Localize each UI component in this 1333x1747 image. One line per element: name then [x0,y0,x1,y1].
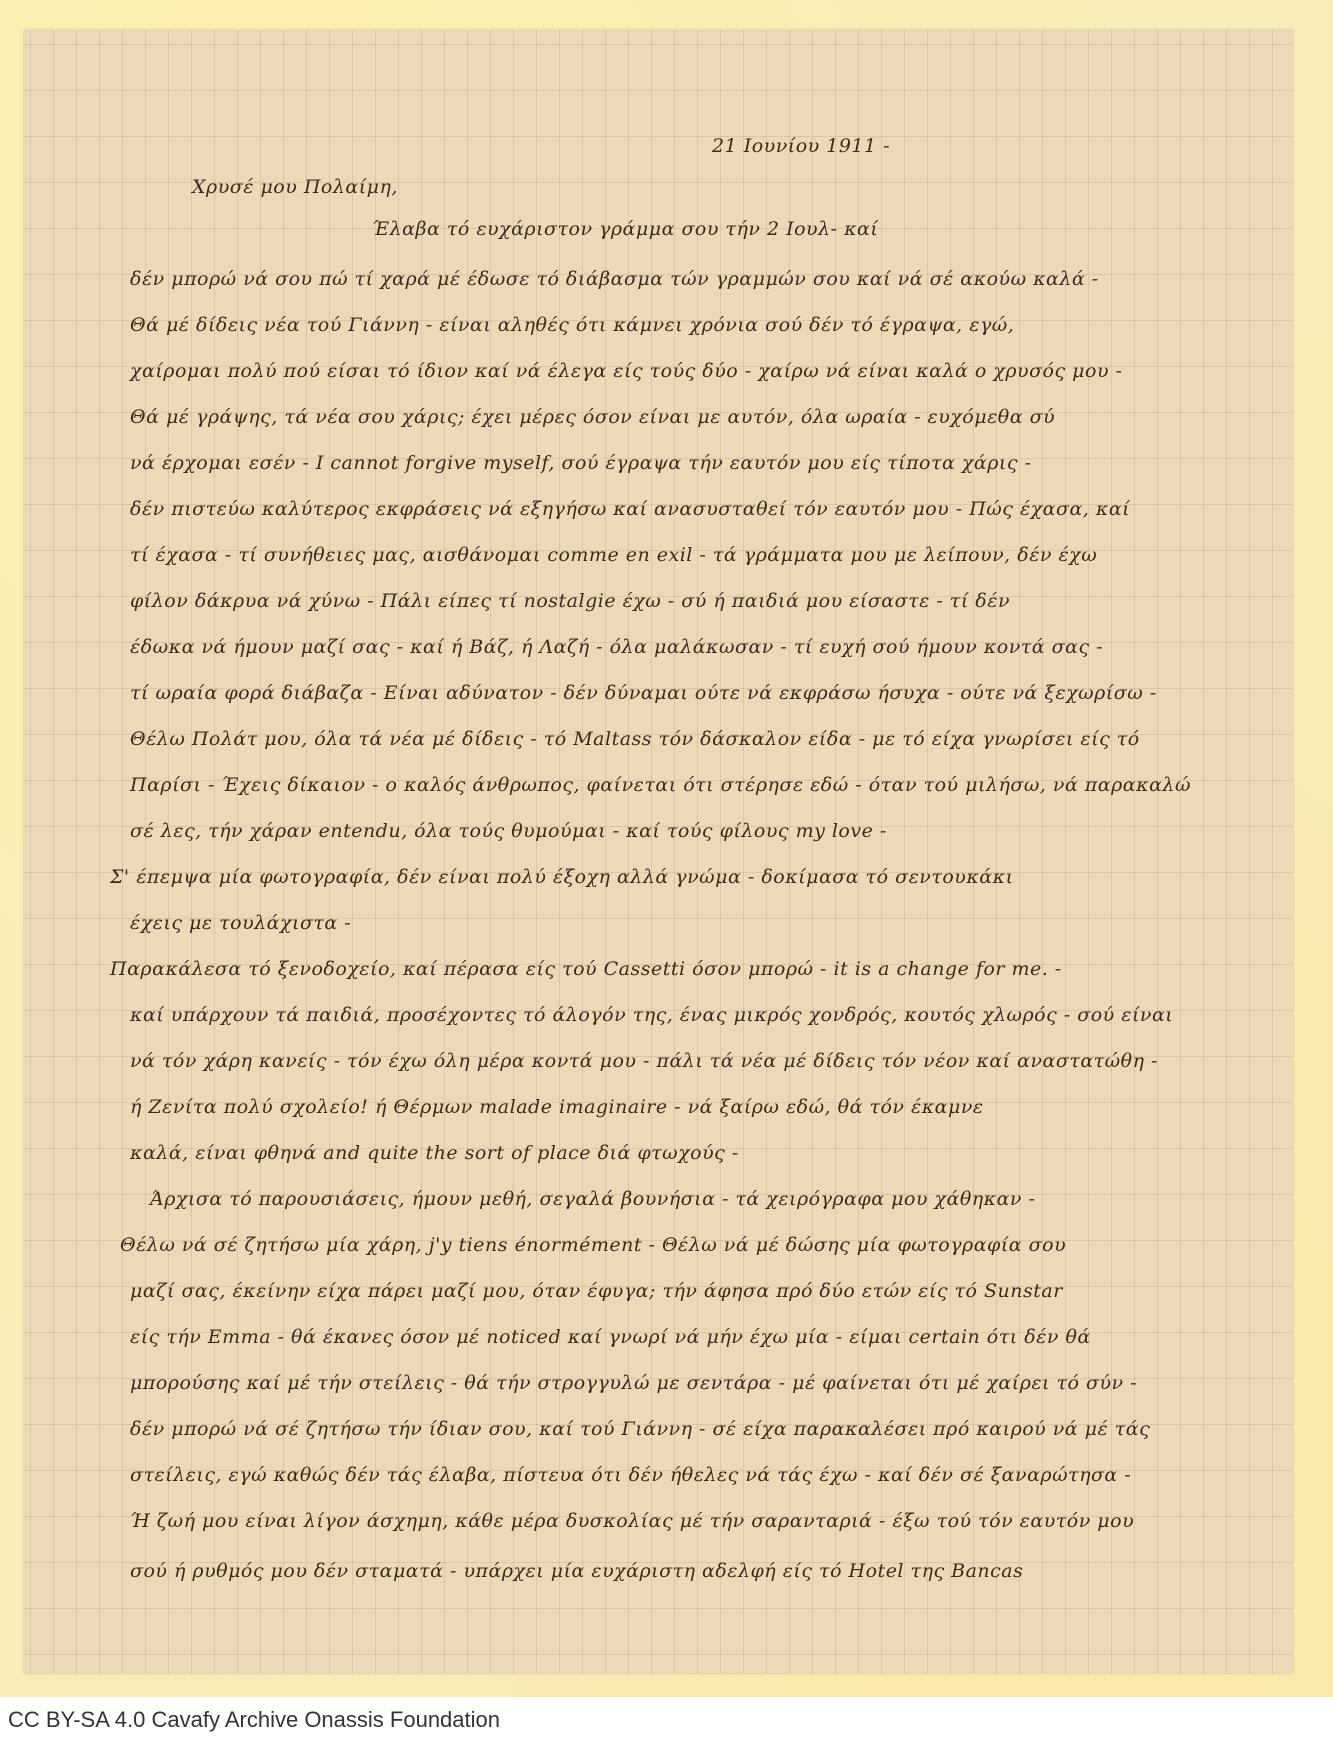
letter-line: νά τόν χάρη κανείς - τόν έχω όλη μέρα κο… [130,1050,1158,1072]
license-credit: CC BY-SA 4.0 Cavafy Archive Onassis Foun… [8,1707,500,1733]
letter-line: νά έρχομαι εσέν - I cannot forgive mysel… [130,452,1031,474]
letter-line: μπορούσης καί μέ τήν στείλεις - θά τήν σ… [130,1372,1137,1394]
letter-sheet: 21 Ιουνίου 1911 - Χρυσέ μου Πολαίμη, Έλα… [24,30,1293,1673]
letter-line: Θά μέ δίδεις νέα τού Γιάννη - είναι αληθ… [130,314,1014,336]
letter-line: καλά, είναι φθηνά and quite the sort of … [130,1142,739,1164]
letter-line: είς τήν Emma - θά έκανες όσον μέ noticed… [130,1326,1091,1348]
letter-line: Θά μέ γράψης, τά νέα σου χάρις; έχει μέρ… [130,406,1055,428]
letter-line: Θέλω Πολάτ μου, όλα τά νέα μέ δίδεις - τ… [130,728,1140,750]
letter-line: σέ λες, τήν χάραν entendu, όλα τούς θυμο… [130,820,887,842]
letter-line: καί υπάρχουν τά παιδιά, προσέχοντες τό ά… [130,1004,1173,1026]
letter-line: χαίρομαι πολύ πού είσαι τό ίδιον καί νά … [130,360,1122,382]
letter-line: έδωκα νά ήμουν μαζί σας - καί ή Βάζ, ή Λ… [130,636,1103,658]
letter-line: Παρίσι - Έχεις δίκαιον - ο καλός άνθρωπο… [130,774,1191,796]
letter-line: Παρακάλεσα τό ξενοδοχείο, καί πέρασα είς… [110,958,1062,980]
letter-line: έχεις με τουλάχιστα - [130,912,351,934]
letter-line: δέν μπορώ νά σου πώ τί χαρά μέ έδωσε τό … [130,268,1099,290]
letter-line: Ή ζωή μου είναι λίγον άσχημη, κάθε μέρα … [130,1510,1134,1532]
letter-line: δέν μπορώ νά σέ ζητήσω τήν ίδιαν σου, κα… [130,1418,1150,1440]
letter-line: ή Ζενίτα πολύ σχολείο! ή Θέρμων malade i… [130,1096,984,1118]
letter-line: Θέλω νά σέ ζητήσω μία χάρη, j'y tiens én… [120,1234,1066,1256]
letter-line: φίλον δάκρυα νά χύνω - Πάλι είπες τί nos… [130,590,1010,612]
letter-line: τί ωραία φορά διάβαζα - Είναι αδύνατον -… [130,682,1157,704]
letter-line: Σ' έπεμψα μία φωτογραφία, δέν είναι πολύ… [110,866,1014,888]
letter-salutation: Χρυσέ μου Πολαίμη, [192,176,398,198]
letter-date: 21 Ιουνίου 1911 - [712,135,890,157]
letter-line: μαζί σας, έκείνην είχα πάρει μαζί μου, ό… [130,1280,1063,1302]
letter-line: σού ή ρυθμός μου δέν σταματά - υπάρχει μ… [130,1560,1023,1582]
letter-line: στείλεις, εγώ καθώς δέν τάς έλαβα, πίστε… [130,1464,1131,1486]
letter-line: δέν πιστεύω καλύτερος εκφράσεις νά εξηγή… [130,498,1130,520]
letter-line: τί έχασα - τί συνήθειες μας, αισθάνομαι … [130,544,1097,566]
letter-line: Άρχισα τό παρουσιάσεις, ήμουν μεθή, σεγα… [150,1188,1035,1210]
letter-line: Έλαβα τό ευχάριστον γράμμα σου τήν 2 Ιου… [372,218,878,240]
